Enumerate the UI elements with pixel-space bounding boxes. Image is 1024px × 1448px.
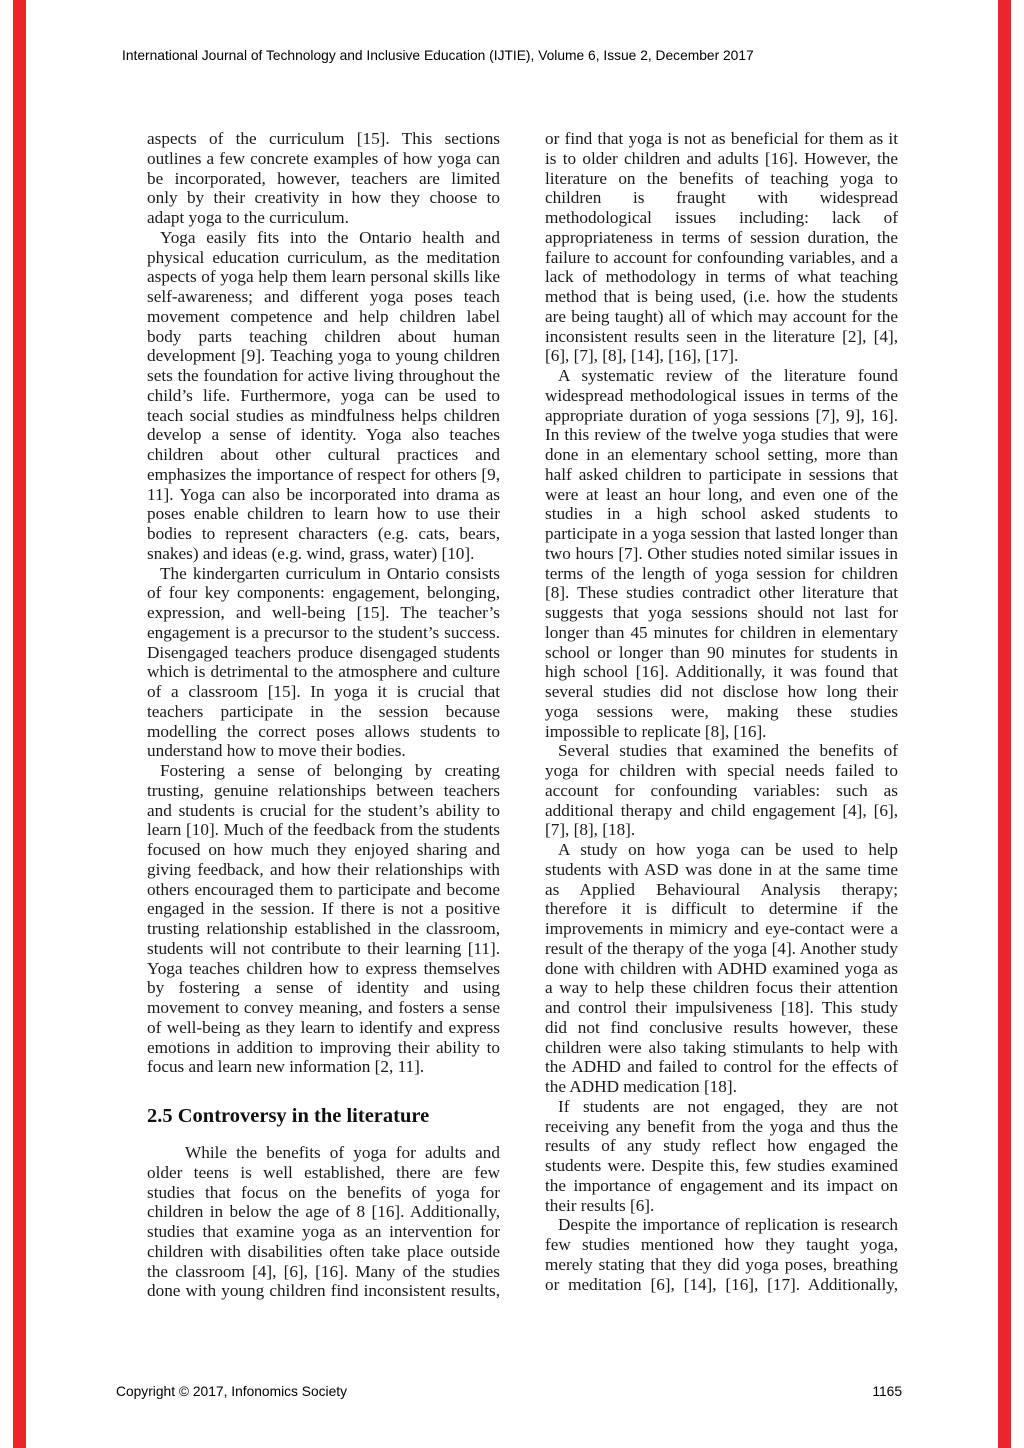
text-line: Yoga easily fits into the Ontario health… — [147, 228, 500, 248]
text-line: account for confounding variables: such … — [545, 781, 898, 801]
text-line: results of any study reflect how engaged… — [545, 1136, 898, 1156]
text-line: studies in a high school asked students … — [545, 504, 898, 524]
text-line: others encouraged them to participate an… — [147, 880, 500, 900]
text-line: giving feedback, and how their relations… — [147, 860, 500, 880]
text-line: only by their creativity in how they cho… — [147, 188, 500, 208]
text-line: lack of methodology in terms of what tea… — [545, 267, 898, 287]
text-line: [6], [7], [8], [14], [16], [17]. — [545, 346, 898, 366]
text-line: therefore it is difficult to determine i… — [545, 899, 898, 919]
text-line: Several studies that examined the benefi… — [545, 741, 898, 761]
text-line: adapt yoga to the curriculum. — [147, 208, 500, 228]
text-line: longer than 45 minutes for children in e… — [545, 623, 898, 643]
paragraph: aspects of the curriculum [15]. This sec… — [147, 129, 500, 228]
text-line: few studies mentioned how they taught yo… — [545, 1235, 898, 1255]
text-line: school or longer than 90 minutes for stu… — [545, 643, 898, 663]
journal-header: International Journal of Technology and … — [122, 48, 754, 63]
text-line: The kindergarten curriculum in Ontario c… — [147, 564, 500, 584]
text-line: studies that focus on the benefits of yo… — [147, 1183, 500, 1203]
text-line: learn [10]. Much of the feedback from th… — [147, 820, 500, 840]
paragraph: A systematic review of the literature fo… — [545, 366, 898, 741]
text-line: done with children with ADHD examined yo… — [545, 959, 898, 979]
right-text-column: or find that yoga is not as beneficial f… — [545, 129, 898, 1294]
text-line: yoga sessions were, making these studies — [545, 702, 898, 722]
text-line: older teens is well established, there a… — [147, 1163, 500, 1183]
text-line: methodological issues including: lack of — [545, 208, 898, 228]
text-line: or meditation [6], [14], [16], [17]. Add… — [545, 1275, 898, 1295]
paragraph: Despite the importance of replication is… — [545, 1215, 898, 1294]
text-line: Yoga teaches children how to express the… — [147, 959, 500, 979]
text-line: terms of the length of yoga session for … — [545, 564, 898, 584]
text-line: In this review of the twelve yoga studie… — [545, 425, 898, 445]
text-line: A systematic review of the literature fo… — [545, 366, 898, 386]
text-line: [8]. These studies contradict other lite… — [545, 583, 898, 603]
paragraph: The kindergarten curriculum in Ontario c… — [147, 564, 500, 762]
text-line: children with disabilities often take pl… — [147, 1242, 500, 1262]
text-line: Disengaged teachers produce disengaged s… — [147, 643, 500, 663]
text-line: [7], [8], [18]. — [545, 820, 898, 840]
footer-page-number: 1165 — [872, 1384, 902, 1399]
text-line: emotions in addition to improving their … — [147, 1038, 500, 1058]
section-heading: 2.5 Controversy in the literature — [147, 1104, 500, 1128]
text-line: two hours [7]. Other studies noted simil… — [545, 544, 898, 564]
text-line: inconsistent results seen in the literat… — [545, 327, 898, 347]
text-line: is to older children and adults [16]. Ho… — [545, 149, 898, 169]
text-line: were at least an hour long, and even one… — [545, 485, 898, 505]
text-line: teachers participate in the session beca… — [147, 702, 500, 722]
text-line: focus and learn new information [2, 11]. — [147, 1057, 500, 1077]
text-line: bodies to represent characters (e.g. cat… — [147, 524, 500, 544]
text-line: If students are not engaged, they are no… — [545, 1097, 898, 1117]
text-line: children in below the age of 8 [16]. Add… — [147, 1202, 500, 1222]
text-line: students were. Despite this, few studies… — [545, 1156, 898, 1176]
text-line: or find that yoga is not as beneficial f… — [545, 129, 898, 149]
paragraph: or find that yoga is not as beneficial f… — [545, 129, 898, 366]
text-line: half asked children to participate in se… — [545, 465, 898, 485]
text-line: Despite the importance of replication is… — [545, 1215, 898, 1235]
text-line: method that is being used, (i.e. how the… — [545, 287, 898, 307]
text-line: the classroom [4], [6], [16]. Many of th… — [147, 1262, 500, 1282]
text-line: poses enable children to learn how to us… — [147, 504, 500, 524]
text-line: additional therapy and child engagement … — [545, 801, 898, 821]
paragraph: Several studies that examined the benefi… — [545, 741, 898, 840]
text-line: children about other cultural practices … — [147, 445, 500, 465]
text-line: and students is crucial for the student’… — [147, 801, 500, 821]
text-line: of well-being as they learn to identify … — [147, 1018, 500, 1038]
text-line: widespread methodological issues in term… — [545, 386, 898, 406]
text-line: While the benefits of yoga for adults an… — [147, 1143, 500, 1163]
text-line: done in an elementary school setting, mo… — [545, 445, 898, 465]
text-line: did not find conclusive results however,… — [545, 1018, 898, 1038]
text-line: the importance of engagement and its imp… — [545, 1176, 898, 1196]
text-line: of four key components: engagement, belo… — [147, 583, 500, 603]
text-line: A study on how yoga can be used to help — [545, 840, 898, 860]
text-line: by fostering a sense of identity and usi… — [147, 978, 500, 998]
text-line: receiving any benefit from the yoga and … — [545, 1117, 898, 1137]
text-line: aspects of the curriculum [15]. This sec… — [147, 129, 500, 149]
text-line: teach social studies as mindfulness help… — [147, 406, 500, 426]
footer-copyright: Copyright © 2017, Infonomics Society — [116, 1384, 347, 1399]
text-line: literature on the benefits of teaching y… — [545, 169, 898, 189]
text-line: be incorporated, however, teachers are l… — [147, 169, 500, 189]
text-line: and control their impulsiveness [18]. Th… — [545, 998, 898, 1018]
text-line: their results [6]. — [545, 1196, 898, 1216]
paragraph: While the benefits of yoga for adults an… — [147, 1143, 500, 1301]
text-line: physical education curriculum, as the me… — [147, 248, 500, 268]
text-line: high school [16]. Additionally, it was f… — [545, 662, 898, 682]
text-line: develop a sense of identity. Yoga also t… — [147, 425, 500, 445]
text-line: improvements in mimicry and eye-contact … — [545, 919, 898, 939]
text-line: aspects of yoga help them learn personal… — [147, 267, 500, 287]
text-line: emphasizes the importance of respect for… — [147, 465, 500, 485]
paragraph: A study on how yoga can be used to helps… — [545, 840, 898, 1097]
text-line: engagement is a precursor to the student… — [147, 623, 500, 643]
text-line: participate in a yoga session that laste… — [545, 524, 898, 544]
text-line: yoga for children with special needs fai… — [545, 761, 898, 781]
text-line: failure to account for confounding varia… — [545, 248, 898, 268]
text-line: done with young children find inconsiste… — [147, 1281, 500, 1301]
text-line: focused on how much they enjoyed sharing… — [147, 840, 500, 860]
text-line: several studies did not disclose how lon… — [545, 682, 898, 702]
text-line: engaged in the session. If there is not … — [147, 899, 500, 919]
left-text-column: aspects of the curriculum [15]. This sec… — [147, 129, 500, 1301]
text-line: a way to help these children focus their… — [545, 978, 898, 998]
text-line: child’s life. Furthermore, yoga can be u… — [147, 386, 500, 406]
paragraph: Fostering a sense of belonging by creati… — [147, 761, 500, 1077]
text-line: children is fraught with widespread — [545, 188, 898, 208]
text-line: students with ASD was done in at the sam… — [545, 860, 898, 880]
text-line: movement competence and help children la… — [147, 307, 500, 327]
text-line: appropriate duration of yoga sessions [7… — [545, 406, 898, 426]
text-line: body parts teaching children about human — [147, 327, 500, 347]
text-line: outlines a few concrete examples of how … — [147, 149, 500, 169]
text-line: suggests that yoga sessions should not l… — [545, 603, 898, 623]
text-line: 11]. Yoga can also be incorporated into … — [147, 485, 500, 505]
text-line: Fostering a sense of belonging by creati… — [147, 761, 500, 781]
text-line: self-awareness; and different yoga poses… — [147, 287, 500, 307]
text-line: trusting, genuine relationships between … — [147, 781, 500, 801]
text-line: of a classroom [15]. In yoga it is cruci… — [147, 682, 500, 702]
paragraph: If students are not engaged, they are no… — [545, 1097, 898, 1216]
text-line: movement to convey meaning, and fosters … — [147, 998, 500, 1018]
text-line: which is detrimental to the atmosphere a… — [147, 662, 500, 682]
text-line: expression, and well-being [15]. The tea… — [147, 603, 500, 623]
text-line: appropriateness in terms of session dura… — [545, 228, 898, 248]
text-line: merely stating that they did yoga poses,… — [545, 1255, 898, 1275]
text-line: modelling the correct poses allows stude… — [147, 722, 500, 742]
text-line: students will not contribute to their le… — [147, 939, 500, 959]
text-line: development [9]. Teaching yoga to young … — [147, 346, 500, 366]
text-line: as Applied Behavioural Analysis therapy; — [545, 880, 898, 900]
paragraph: Yoga easily fits into the Ontario health… — [147, 228, 500, 564]
text-line: sets the foundation for active living th… — [147, 366, 500, 386]
text-line: the ADHD medication [18]. — [545, 1077, 898, 1097]
text-line: the ADHD and failed to control for the e… — [545, 1057, 898, 1077]
text-line: understand how to move their bodies. — [147, 741, 500, 761]
text-line: result of the therapy of the yoga [4]. A… — [545, 939, 898, 959]
text-line: studies that examine yoga as an interven… — [147, 1222, 500, 1242]
text-line: snakes) and ideas (e.g. wind, grass, wat… — [147, 544, 500, 564]
text-line: children were also taking stimulants to … — [545, 1038, 898, 1058]
right-red-side-bar — [998, 0, 1011, 1448]
left-red-side-bar — [13, 0, 26, 1448]
text-line: are being taught) all of which may accou… — [545, 307, 898, 327]
text-line: impossible to replicate [8], [16]. — [545, 722, 898, 742]
text-line: trusting relationship established in the… — [147, 919, 500, 939]
